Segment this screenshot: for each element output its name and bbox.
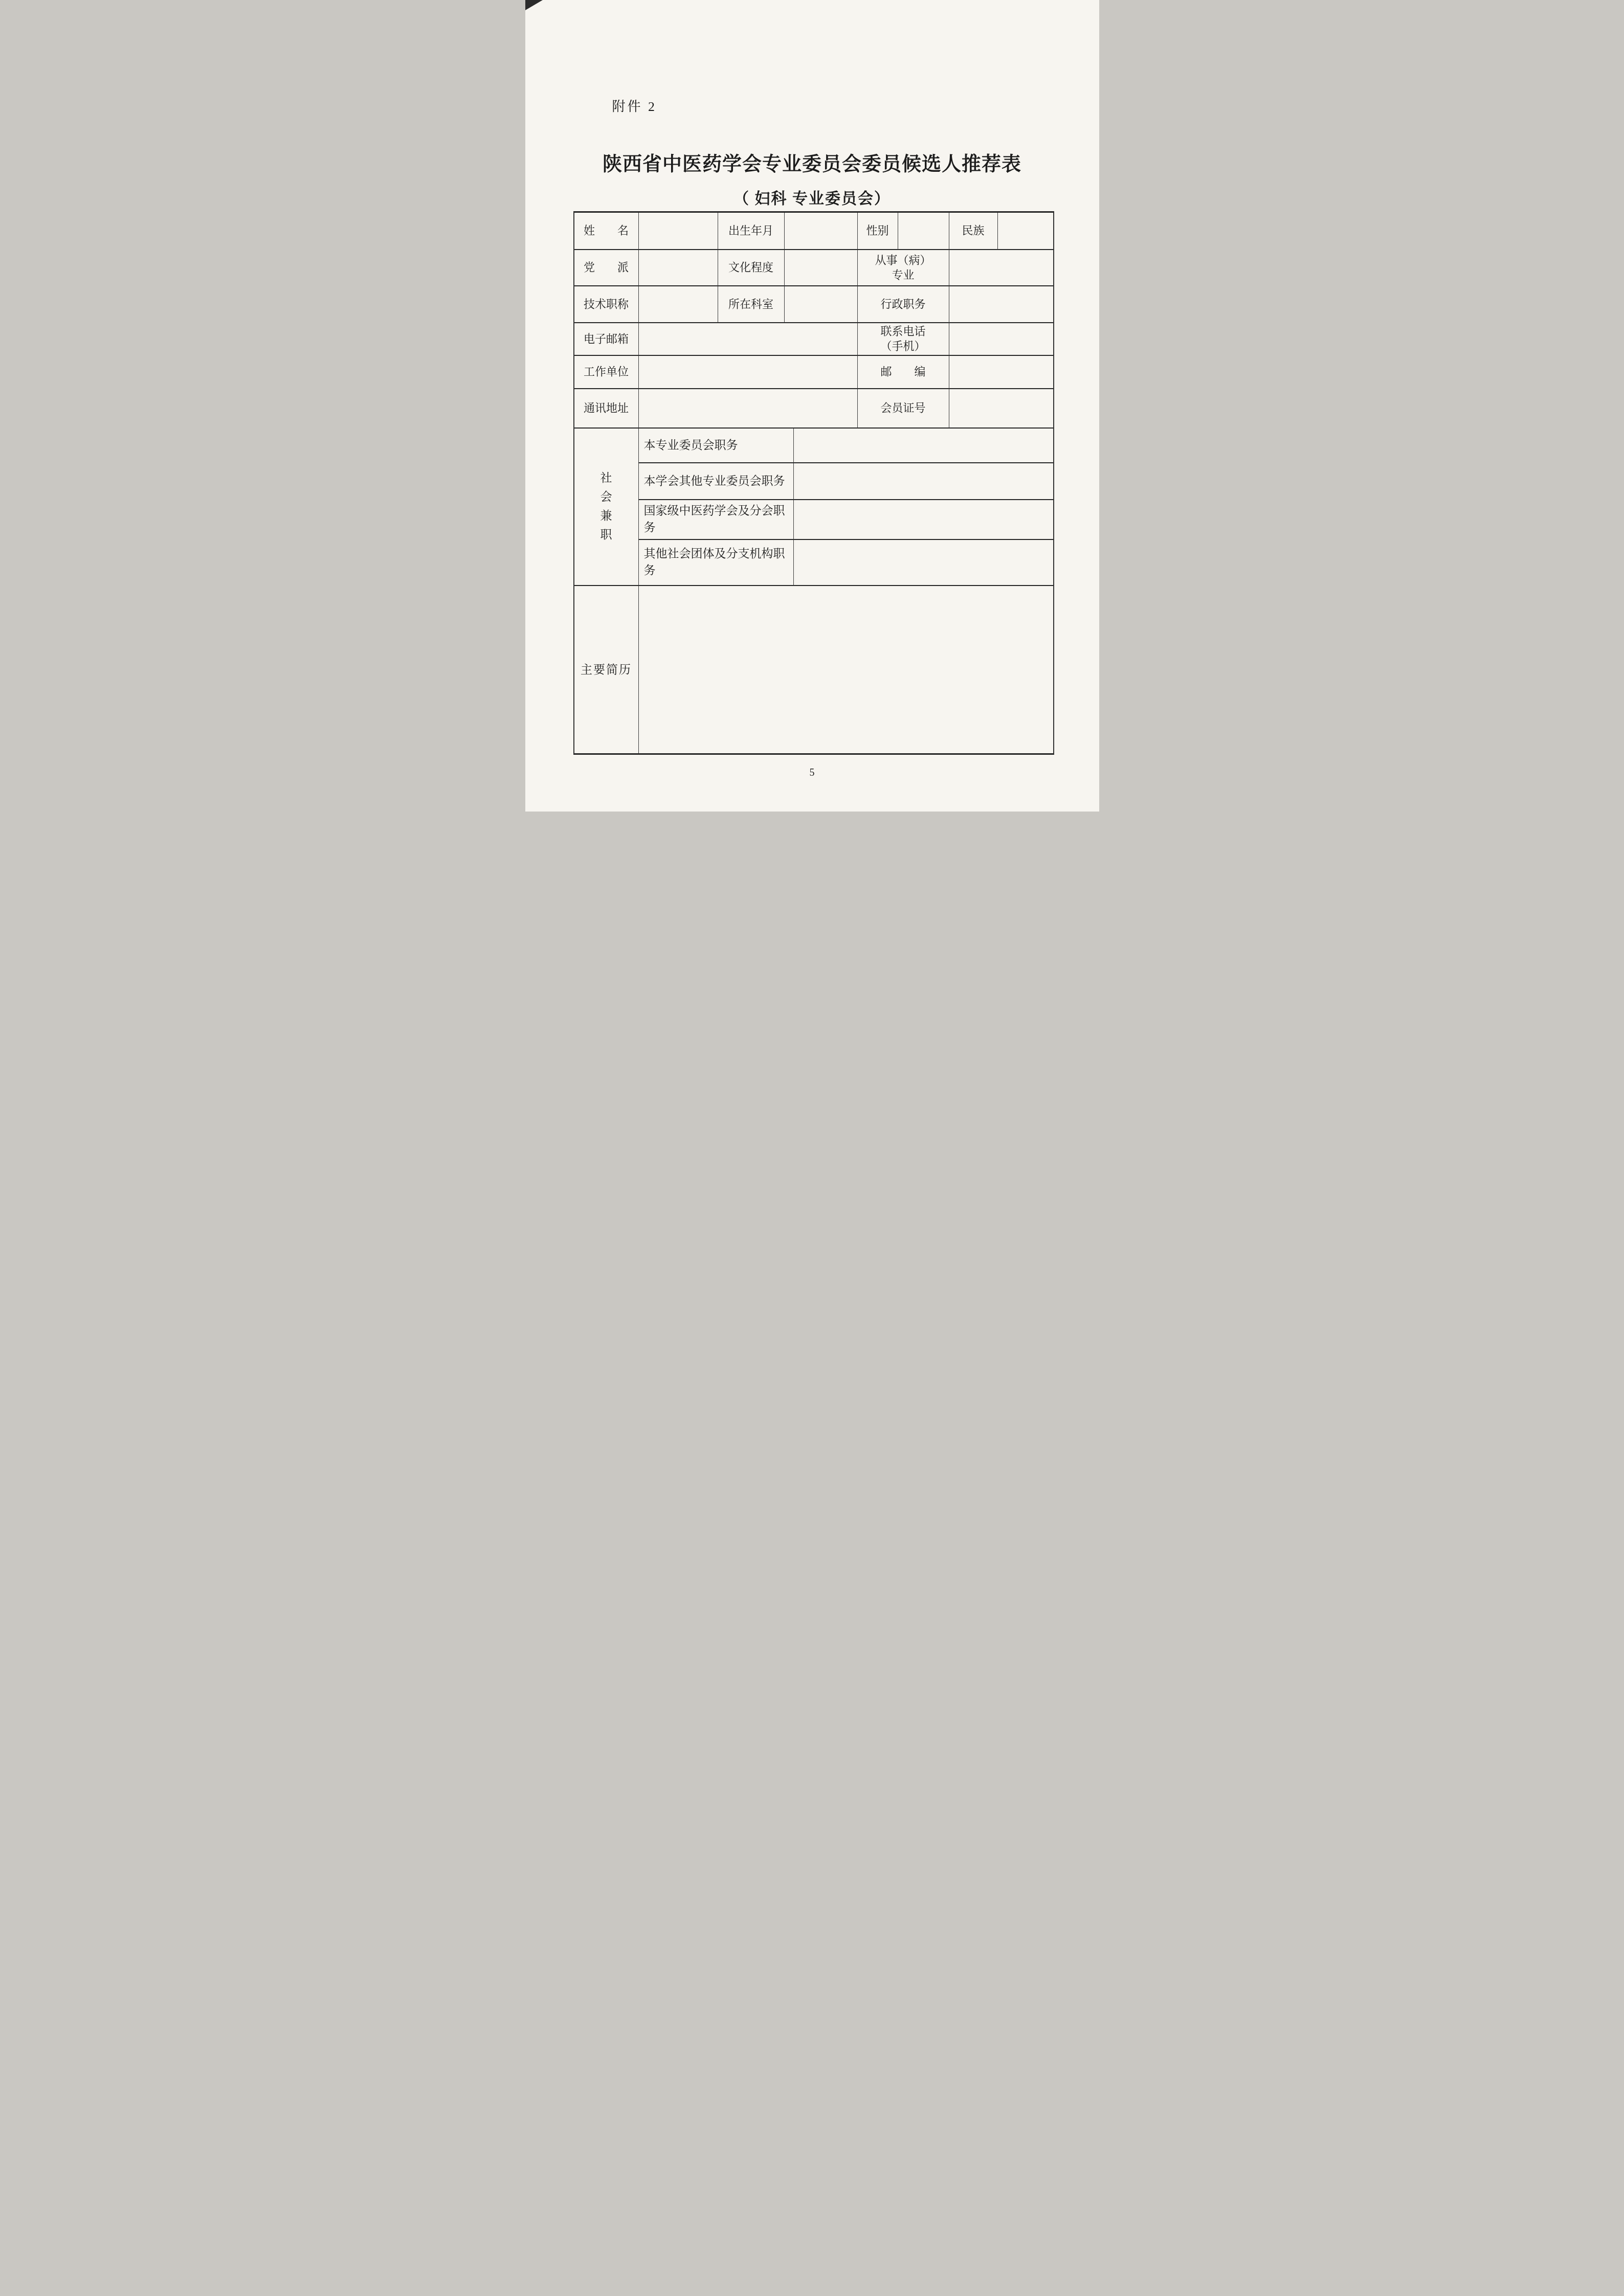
- resume-field[interactable]: [639, 586, 1053, 753]
- member-id-label: 会员证号: [858, 389, 949, 429]
- disease-specialty-label: 从事（病） 专业: [858, 250, 949, 286]
- admin-post-field[interactable]: [949, 286, 1053, 323]
- social-post-other-org-field[interactable]: [794, 540, 1053, 586]
- page-number: 5: [525, 767, 1099, 779]
- name-label: 姓 名: [574, 213, 639, 250]
- form-subtitle-committee: （ 妇科 专业委员会）: [525, 186, 1099, 208]
- gender-field[interactable]: [898, 213, 949, 250]
- social-post-national-label: 国家级中医药学会及分会职务: [639, 500, 794, 540]
- social-post-other-committee-label: 本学会其他专业委员会职务: [639, 463, 794, 500]
- name-field[interactable]: [639, 213, 718, 250]
- work-unit-label: 工作单位: [574, 356, 639, 389]
- birth-date-field[interactable]: [785, 213, 858, 250]
- social-post-committee-label: 本专业委员会职务: [639, 429, 794, 463]
- education-label: 文化程度: [718, 250, 785, 286]
- phone-field[interactable]: [949, 323, 1053, 356]
- social-post-national-field[interactable]: [794, 500, 1053, 540]
- resume-label: 主要简历: [574, 586, 639, 753]
- party-label: 党 派: [574, 250, 639, 286]
- disease-specialty-field[interactable]: [949, 250, 1053, 286]
- postcode-label: 邮 编: [858, 356, 949, 389]
- scanned-form-page: 附件 2 陕西省中医药学会专业委员会委员候选人推荐表 （ 妇科 专业委员会） 姓…: [525, 0, 1099, 812]
- admin-post-label: 行政职务: [858, 286, 949, 323]
- social-posts-section-label: 社 会 兼 职: [574, 429, 639, 586]
- social-post-other-org-label: 其他社会团体及分支机构职务: [639, 540, 794, 586]
- email-label: 电子邮箱: [574, 323, 639, 356]
- address-label: 通讯地址: [574, 389, 639, 429]
- social-post-committee-field[interactable]: [794, 429, 1053, 463]
- party-field[interactable]: [639, 250, 718, 286]
- postcode-field[interactable]: [949, 356, 1053, 389]
- department-field[interactable]: [785, 286, 858, 323]
- attachment-label: 附件 2: [612, 96, 657, 115]
- phone-label: 联系电话 （手机）: [858, 323, 949, 356]
- gender-label: 性别: [858, 213, 898, 250]
- ethnicity-label: 民族: [949, 213, 998, 250]
- form-title: 陕西省中医药学会专业委员会委员候选人推荐表: [525, 148, 1099, 176]
- scan-corner-artifact: [525, 0, 543, 10]
- birth-date-label: 出生年月: [718, 213, 785, 250]
- ethnicity-field[interactable]: [998, 213, 1053, 250]
- address-field[interactable]: [639, 389, 858, 429]
- recommendation-form-table: 姓 名 出生年月 性别 民族 党 派 文化程度 从事（病） 专业 技术职称 所在…: [573, 211, 1054, 755]
- social-post-other-committee-field[interactable]: [794, 463, 1053, 500]
- tech-title-field[interactable]: [639, 286, 718, 323]
- email-field[interactable]: [639, 323, 858, 356]
- work-unit-field[interactable]: [639, 356, 858, 389]
- department-label: 所在科室: [718, 286, 785, 323]
- education-field[interactable]: [785, 250, 858, 286]
- tech-title-label: 技术职称: [574, 286, 639, 323]
- member-id-field[interactable]: [949, 389, 1053, 429]
